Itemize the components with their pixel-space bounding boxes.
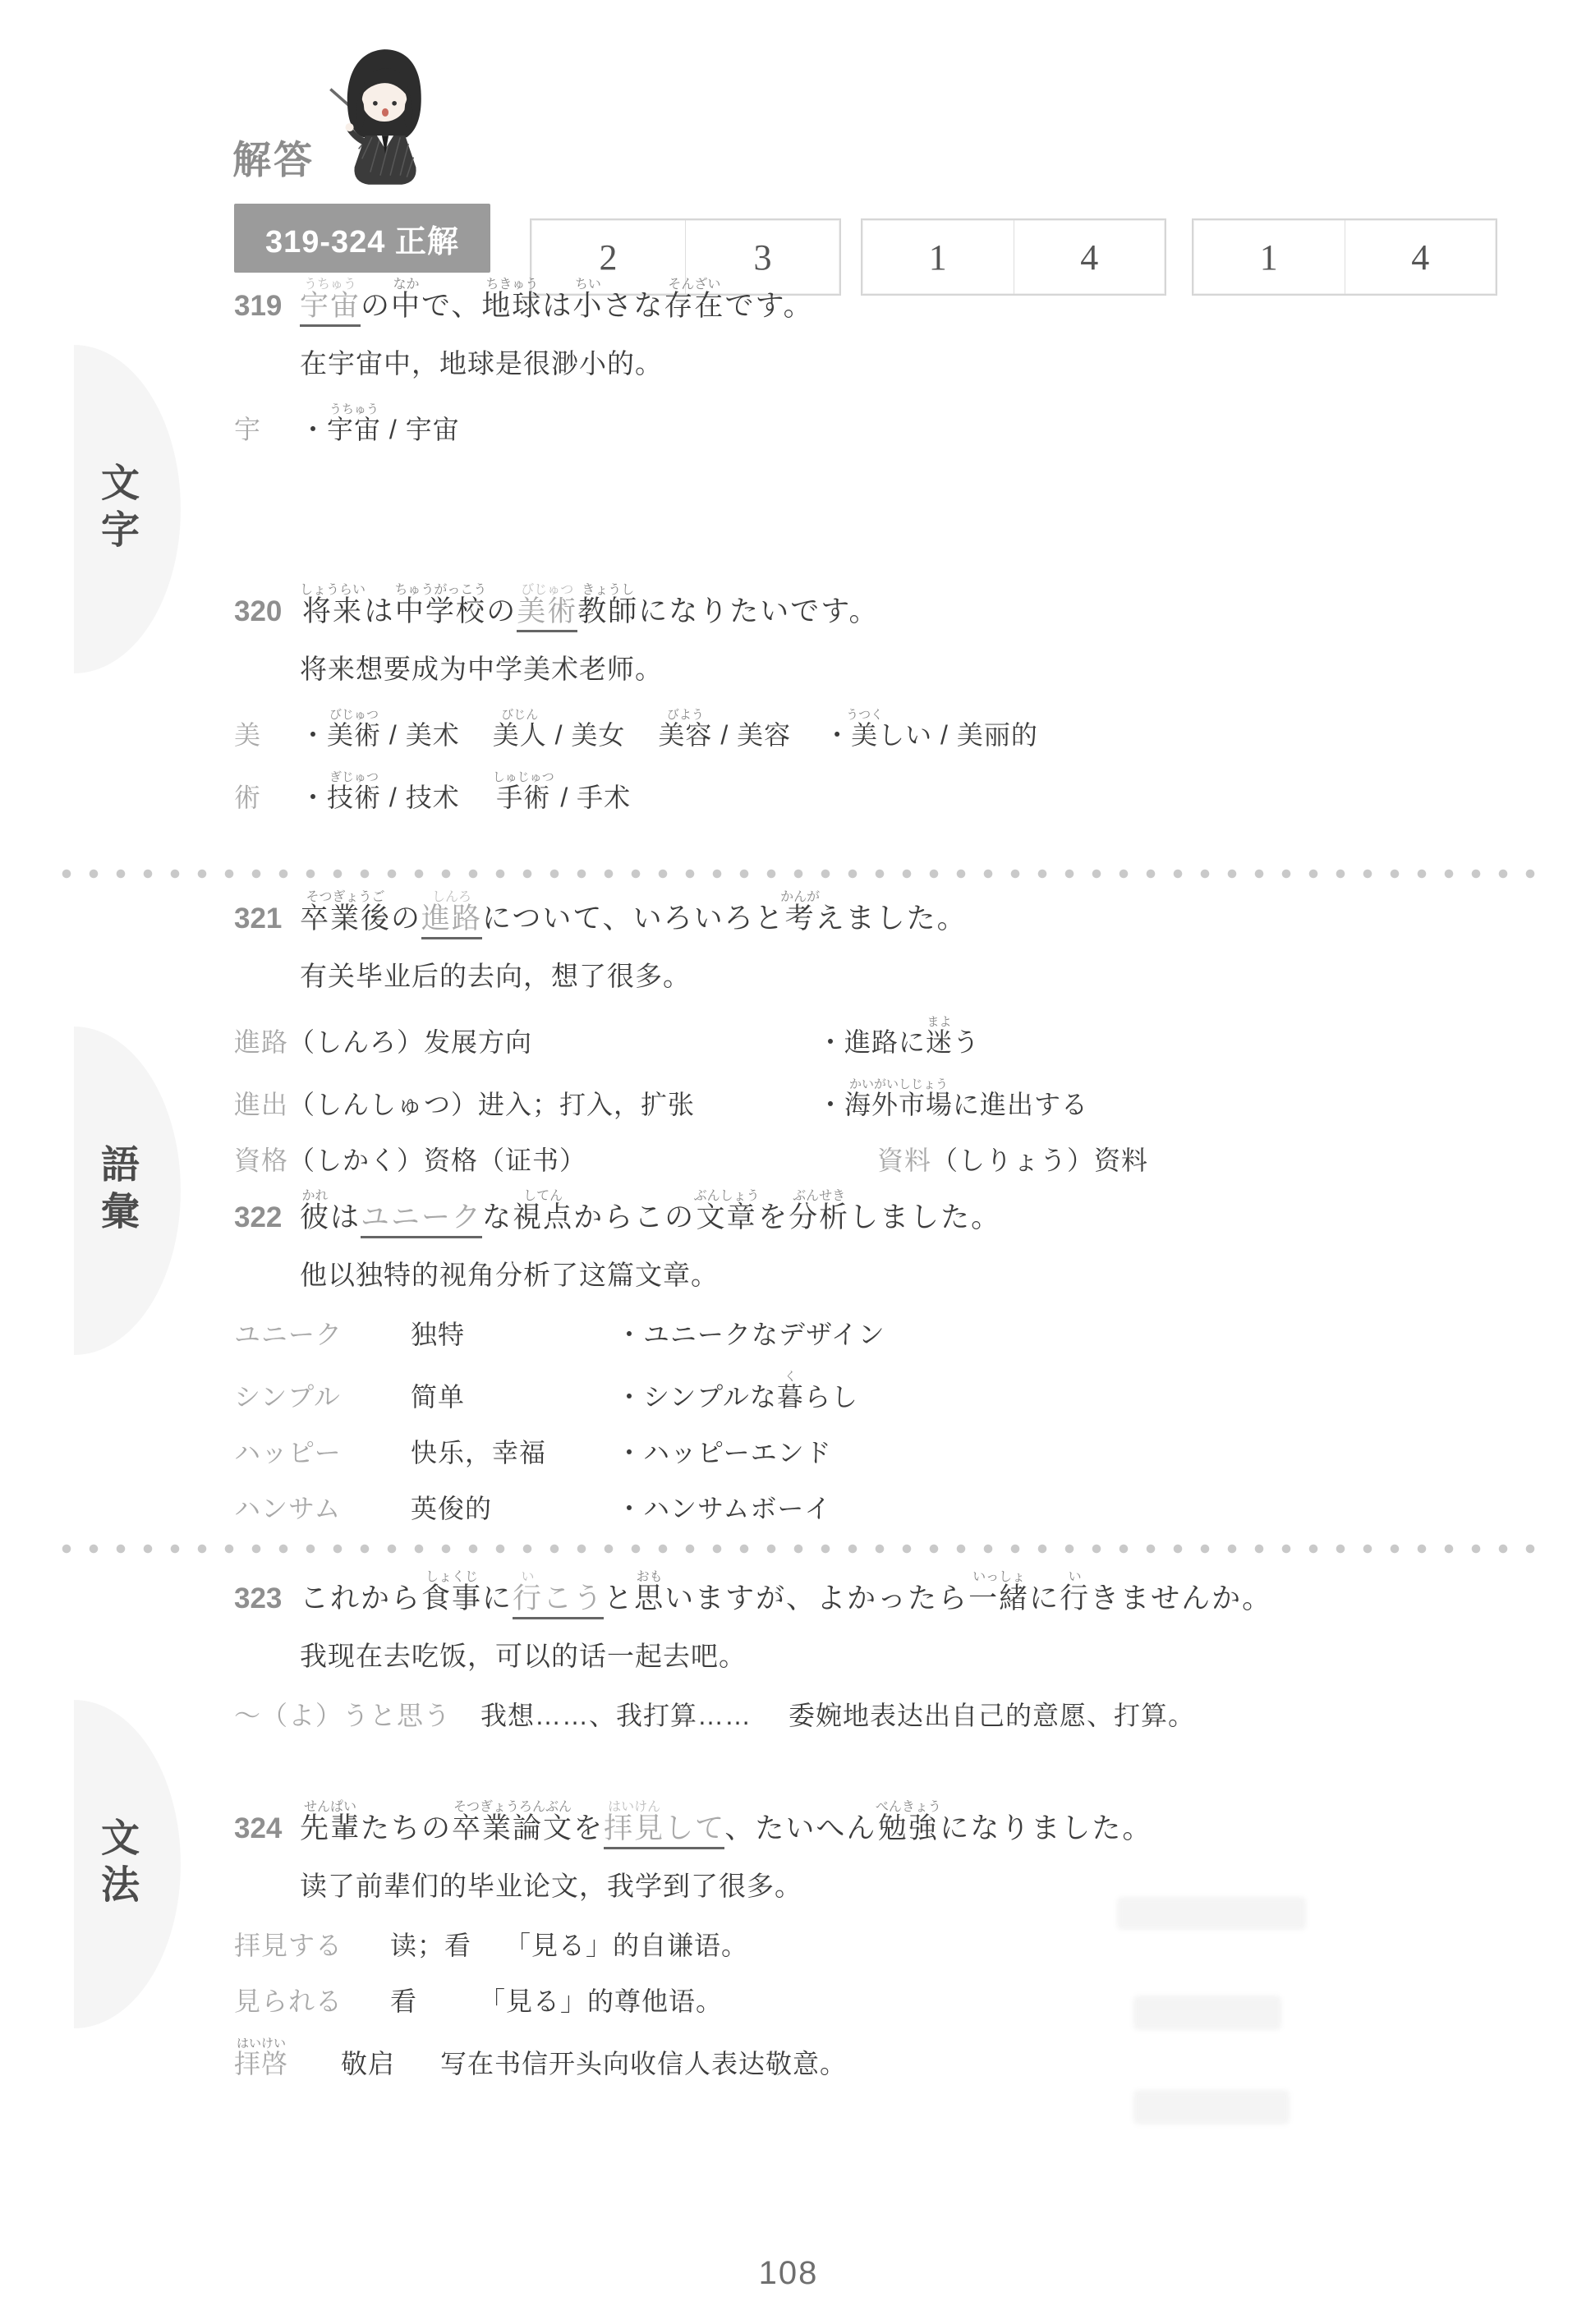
text-segment: 美術びじゅつ <box>327 720 381 750</box>
text-segment: しい / 美丽的 <box>878 720 1038 750</box>
text-segment: 宇宙うちゅう <box>327 415 381 444</box>
vocab-cell: 写在书信开头向收信人表达敬意。 <box>440 2043 847 2081</box>
question-block-319: 319宇宙うちゅうの中なかで、地球ちきゅうは小ちいさな存在そんざいです。在宇宙中… <box>234 278 1532 447</box>
section-label: 解答 <box>232 130 315 185</box>
vocab-row: 術・技術ぎじゅつ / 技术手術しゅじゅつ / 手术 <box>234 770 1532 815</box>
text-segment: の <box>361 290 391 322</box>
text-segment: ハッピー <box>234 1438 342 1467</box>
sidebar-tab-bunpou: 文法 <box>74 1700 181 2028</box>
vocab-cell: 简单 <box>411 1376 616 1414</box>
text-segment: う <box>953 1027 980 1057</box>
tested-word-segment: 宇宙うちゅう <box>300 290 361 327</box>
text-segment: 術 <box>234 783 261 812</box>
text-segment: は <box>330 1201 361 1233</box>
text-segment: （しかく）资格（证书） <box>288 1146 586 1175</box>
text-segment: 拝見する <box>234 1931 343 1960</box>
vocab-cell: 美容びよう / 美容 <box>658 708 791 752</box>
text-segment: 手術しゅじゅつ <box>493 783 553 812</box>
text-segment: ・シンプルな <box>616 1382 777 1412</box>
text-segment: ・ <box>300 720 327 750</box>
text-segment: シンプル <box>234 1382 341 1412</box>
vocab-cell: 進出（しんしゅつ）进入；打入，扩张 <box>234 1084 817 1122</box>
vocab-cell: 独特 <box>411 1314 616 1352</box>
vocab-cell: 見られる <box>234 1981 390 2019</box>
text-segment: を <box>573 1812 604 1844</box>
text-segment: ・進路に <box>817 1027 926 1057</box>
chinese-translation: 在宇宙中，地球是很渺小的。 <box>300 342 1532 381</box>
chinese-translation: 我现在去吃饭，可以的话一起去吧。 <box>300 1635 1532 1674</box>
question-number: 319 <box>234 290 300 323</box>
text-segment: ・ <box>300 783 327 812</box>
text-segment: 資格 <box>234 1146 288 1175</box>
dotted-separator <box>62 869 1544 879</box>
sidebar-tab-bunpou-label: 文法 <box>90 1817 145 1911</box>
text-segment: に <box>1029 1582 1060 1614</box>
text-segment: えました。 <box>816 903 968 935</box>
tested-word-segment: こう <box>543 1582 604 1619</box>
vocab-cell: ・技術ぎじゅつ / 技术 <box>300 770 460 815</box>
chinese-translation: 将来想要成为中学美术老师。 <box>300 648 1532 687</box>
text-segment: になりたいです。 <box>638 595 879 627</box>
text-segment: 海外市場かいがいしじょう <box>844 1090 953 1119</box>
text-segment: 思おも <box>634 1582 664 1614</box>
text-segment: 暮く <box>777 1382 804 1412</box>
vocab-row: ユニーク独特・ユニークなデザイン <box>234 1314 1532 1352</box>
vocab-cell: ・ユニークなデザイン <box>616 1314 885 1352</box>
vocab-cell: ・美術びじゅつ / 美术 <box>300 708 460 752</box>
text-segment: 美容びよう <box>658 720 712 750</box>
text-segment: 快乐，幸福 <box>411 1438 546 1467</box>
text-segment: 食事しょくじ <box>421 1582 482 1614</box>
text-segment: 勉強べんきょう <box>876 1812 940 1844</box>
question-sentence-row: 319宇宙うちゅうの中なかで、地球ちきゅうは小ちいさな存在そんざいです。 <box>234 278 1532 323</box>
vocab-row: ハンサム英俊的・ハンサムボーイ <box>234 1488 1532 1526</box>
text-segment: な <box>482 1201 513 1233</box>
sidebar-tab-goi-label: 語彙 <box>90 1144 145 1238</box>
text-segment: 写在书信开头向收信人表达敬意。 <box>440 2049 847 2078</box>
question-sentence-row: 324先輩せんぱいたちの卒業論文そつぎょうろんぶんを拝見はいけんして、たいへん勉… <box>234 1800 1532 1845</box>
text-segment: / 美女 <box>547 720 626 750</box>
text-segment: 将来しょうらい <box>300 595 365 627</box>
page-bleed-artifact <box>1117 1897 1306 1930</box>
text-segment: 小ちい <box>572 290 603 322</box>
text-segment: について、いろいろと <box>482 903 785 935</box>
text-segment: からこの <box>573 1201 695 1233</box>
vocab-cell: 「見る」的自谦语。 <box>504 1925 748 1963</box>
text-segment: 分析ぶんせき <box>788 1201 849 1233</box>
text-segment: に <box>482 1582 513 1614</box>
vocab-cell: 委婉地表达出自己的意愿、打算。 <box>788 1695 1195 1733</box>
text-segment: （しりょう）资料 <box>931 1146 1148 1175</box>
text-segment: ～（よ）うと思う <box>234 1701 451 1730</box>
vocab-cell: ・シンプルな暮くらし <box>616 1370 858 1414</box>
vocab-cell: ・海外市場かいがいしじょうに進出する <box>817 1077 1088 1122</box>
question-number: 323 <box>234 1582 300 1615</box>
chinese-translation: 他以独特的视角分析了这篇文章。 <box>300 1254 1532 1293</box>
vocab-row: ～（よ）うと思う我想……、我打算……委婉地表达出自己的意愿、打算。 <box>234 1695 1532 1733</box>
vocab-rows: ユニーク独特・ユニークなデザインシンプル简单・シンプルな暮くらしハッピー快乐，幸… <box>234 1314 1532 1526</box>
question-number: 321 <box>234 903 300 935</box>
text-segment: 資料 <box>877 1146 931 1175</box>
vocab-cell: 進路（しんろ）发展方向 <box>234 1022 817 1059</box>
question-block-324: 324先輩せんぱいたちの卒業論文そつぎょうろんぶんを拝見はいけんして、たいへん勉… <box>234 1800 1532 2081</box>
vocab-cell: 拝見する <box>234 1925 390 1963</box>
text-segment: 文章ぶんしょう <box>695 1201 758 1233</box>
vocab-row: シンプル简单・シンプルな暮くらし <box>234 1370 1532 1414</box>
vocab-row: 進路（しんろ）发展方向・進路に迷まよう <box>234 1015 1532 1059</box>
page-number: 108 <box>0 2255 1577 2292</box>
text-segment: 中学校ちゅうがっこう <box>395 595 487 627</box>
text-segment: これから <box>300 1582 421 1614</box>
text-segment: / 美容 <box>712 720 791 750</box>
vocab-rows: 宇・宇宙うちゅう / 宇宙 <box>234 402 1532 447</box>
text-segment: 存在そんざい <box>664 290 724 322</box>
question-number: 322 <box>234 1201 300 1234</box>
question-sentence: 彼かれはユニークな視点してんからこの文章ぶんしょうを分析ぶんせきしました。 <box>300 1189 1001 1234</box>
vocab-cell: 英俊的 <box>411 1488 616 1526</box>
vocab-cell: 手術しゅじゅつ / 手术 <box>493 770 631 815</box>
question-number: 320 <box>234 595 300 628</box>
question-sentence-row: 322彼かれはユニークな視点してんからこの文章ぶんしょうを分析ぶんせきしました。 <box>234 1189 1532 1234</box>
chinese-translation: 读了前辈们的毕业论文，我学到了很多。 <box>300 1865 1532 1904</box>
tested-word-segment: ユニーク <box>361 1201 482 1238</box>
text-segment: は <box>365 595 395 627</box>
vocab-row: 美・美術びじゅつ / 美术美人びじん / 美女美容びよう / 美容・美うつくしい… <box>234 708 1532 752</box>
vocab-cell: 拝啓はいけい <box>234 2037 341 2081</box>
vocab-row: ハッピー快乐，幸福・ハッピーエンド <box>234 1432 1532 1470</box>
text-segment: 技術ぎじゅつ <box>327 783 381 812</box>
vocab-rows: 進路（しんろ）发展方向・進路に迷まよう進出（しんしゅつ）进入；打入，扩张・海外市… <box>234 1015 1532 1178</box>
text-segment: 美 <box>234 720 261 750</box>
vocab-rows: 拝見する读；看「見る」的自谦语。見られる看「見る」的尊他语。拝啓はいけい敬启写在… <box>234 1925 1532 2081</box>
tested-word-segment: 行い <box>513 1582 543 1619</box>
question-block-322: 322彼かれはユニークな視点してんからこの文章ぶんしょうを分析ぶんせきしました。… <box>234 1189 1532 1526</box>
text-segment: / 手术 <box>552 783 631 812</box>
text-segment: ・ユニークなデザイン <box>616 1320 885 1349</box>
vocab-cell: 宇 <box>234 409 300 447</box>
vocab-cell: 資格（しかく）资格（证书） <box>234 1140 817 1178</box>
question-sentence: これから食事しょくじに行いこうと思おもいますが、よかったら一緒いっしょに行いきま… <box>300 1570 1272 1615</box>
text-segment: になりました。 <box>940 1812 1152 1844</box>
text-segment: / 技术 <box>381 783 460 812</box>
text-segment: 敬启 <box>341 2049 395 2078</box>
text-segment: 先輩せんぱい <box>300 1812 361 1844</box>
vocab-cell: ・進路に迷まよう <box>817 1015 980 1059</box>
vocab-cell: ～（よ）うと思う <box>234 1695 480 1733</box>
text-segment: で、 <box>421 290 481 322</box>
text-segment: 一緒いっしょ <box>968 1582 1029 1614</box>
tested-word-segment: 進路しんろ <box>421 903 482 939</box>
text-segment: ハンサム <box>234 1494 341 1523</box>
question-block-320: 320将来しょうらいは中学校ちゅうがっこうの美術びじゅつ教師きょうしになりたいで… <box>234 583 1532 815</box>
text-segment: 見られる <box>234 1986 343 2016</box>
vocab-cell: ・ハッピーエンド <box>616 1432 832 1470</box>
vocab-cell: 美人びじん / 美女 <box>493 708 626 752</box>
text-segment: 美うつく <box>851 720 878 750</box>
text-segment: ・ <box>817 1090 844 1119</box>
text-segment: 美人びじん <box>493 720 547 750</box>
vocab-cell: ・宇宙うちゅう / 宇宙 <box>300 402 460 447</box>
vocab-row: 宇・宇宙うちゅう / 宇宙 <box>234 402 1532 447</box>
text-segment: ・ <box>300 415 327 444</box>
vocab-cell: ハンサム <box>234 1488 411 1526</box>
sidebar-tab-goi: 語彙 <box>74 1027 181 1355</box>
text-segment: 卒業論文そつぎょうろんぶん <box>452 1812 573 1844</box>
text-segment: です。 <box>724 290 813 322</box>
text-segment: きませんか。 <box>1090 1582 1272 1614</box>
text-segment: 英俊的 <box>411 1494 492 1523</box>
vocab-rows: ～（よ）うと思う我想……、我打算……委婉地表达出自己的意愿、打算。 <box>234 1695 1532 1733</box>
vocab-row: 資格（しかく）资格（证书）資料（しりょう）资料 <box>234 1140 1532 1178</box>
text-segment: 行い <box>1060 1582 1090 1614</box>
vocab-rows: 美・美術びじゅつ / 美术美人びじん / 美女美容びよう / 美容・美うつくしい… <box>234 708 1532 815</box>
question-sentence: 卒業後そつぎょうごの進路しんろについて、いろいろと考かんがえました。 <box>300 890 968 935</box>
text-segment: ・ハッピーエンド <box>616 1438 832 1467</box>
vocab-cell: 敬启 <box>341 2043 395 2081</box>
vocab-cell: ・美うつくしい / 美丽的 <box>824 708 1038 752</box>
text-segment: ・ハンサムボーイ <box>616 1494 831 1523</box>
vocab-cell: 資料（しりょう）资料 <box>877 1140 1148 1178</box>
question-block-321: 321卒業後そつぎょうごの進路しんろについて、いろいろと考かんがえました。有关毕… <box>234 890 1532 1178</box>
question-number: 324 <box>234 1812 300 1845</box>
vocab-cell: 「見る」的尊他语。 <box>479 1981 723 2019</box>
text-segment: 教師きょうし <box>577 595 638 627</box>
text-segment: 彼かれ <box>300 1201 330 1233</box>
text-segment: さな <box>603 290 664 322</box>
question-sentence: 将来しょうらいは中学校ちゅうがっこうの美術びじゅつ教師きょうしになりたいです。 <box>300 583 879 628</box>
text-segment: 独特 <box>411 1320 465 1349</box>
vocab-cell: ユニーク <box>234 1314 411 1352</box>
text-segment: と <box>604 1582 634 1614</box>
dotted-separator <box>62 1544 1544 1554</box>
text-segment: の <box>391 903 421 935</box>
vocab-row: 拝啓はいけい敬启写在书信开头向收信人表达敬意。 <box>234 2037 1532 2081</box>
vocab-cell: 读；看 <box>390 1925 471 1963</box>
text-segment: 「見る」的自谦语。 <box>504 1931 748 1960</box>
vocab-row: 進出（しんしゅつ）进入；打入，扩张・海外市場かいがいしじょうに進出する <box>234 1077 1532 1122</box>
text-segment: 迷まよ <box>926 1027 953 1057</box>
text-segment: に進出する <box>953 1090 1088 1119</box>
question-sentence: 先輩せんぱいたちの卒業論文そつぎょうろんぶんを拝見はいけんして、たいへん勉強べん… <box>300 1800 1152 1845</box>
text-segment: ユニーク <box>234 1320 343 1349</box>
text-segment: / 美术 <box>381 720 460 750</box>
text-segment: 考かんが <box>785 903 816 935</box>
vocab-cell: 我想……、我打算…… <box>480 1695 752 1733</box>
text-segment: 視点してん <box>513 1201 573 1233</box>
tested-word-segment: 拝見はいけん <box>604 1812 664 1849</box>
tested-word-segment: 美術びじゅつ <box>517 595 577 632</box>
text-segment: 卒業後そつぎょうご <box>300 903 391 935</box>
text-segment: （しんしゅつ）进入；打入，扩张 <box>288 1090 695 1119</box>
text-segment: らし <box>804 1382 858 1412</box>
text-segment: を <box>758 1201 788 1233</box>
vocab-cell: 術 <box>234 777 300 815</box>
question-sentence-row: 323これから食事しょくじに行いこうと思おもいますが、よかったら一緒いっしょに行… <box>234 1570 1532 1615</box>
question-sentence-row: 320将来しょうらいは中学校ちゅうがっこうの美術びじゅつ教師きょうしになりたいで… <box>234 583 1532 628</box>
vocab-cell: 快乐，幸福 <box>411 1432 616 1470</box>
sidebar-tab-moji: 文字 <box>74 345 181 673</box>
text-segment: 委婉地表达出自己的意愿、打算。 <box>788 1701 1195 1730</box>
answer-range-header: 319-324 正解 <box>234 204 490 273</box>
question-block-323: 323これから食事しょくじに行いこうと思おもいますが、よかったら一緒いっしょに行… <box>234 1570 1532 1733</box>
text-segment: は <box>542 290 572 322</box>
vocab-cell: 看 <box>390 1981 417 2019</box>
question-sentence-row: 321卒業後そつぎょうごの進路しんろについて、いろいろと考かんがえました。 <box>234 890 1532 935</box>
vocab-cell: ハッピー <box>234 1432 411 1470</box>
textbook-page: 文字 語彙 文法 解答 319-324 正解 2 3 1 4 1 4 <box>0 0 1577 2324</box>
page-bleed-artifact <box>1133 2090 1290 2124</box>
text-segment: 读；看 <box>390 1931 471 1960</box>
text-segment: / 宇宙 <box>381 415 460 444</box>
text-segment: 中なか <box>391 290 421 322</box>
text-segment: 「見る」的尊他语。 <box>479 1986 723 2016</box>
chinese-translation: 有关毕业后的去向，想了很多。 <box>300 955 1532 994</box>
text-segment: の <box>486 595 517 627</box>
sidebar-tab-moji-label: 文字 <box>90 462 145 556</box>
text-segment: （しんろ）发展方向 <box>288 1027 532 1057</box>
text-segment: 我想……、我打算…… <box>480 1701 752 1730</box>
text-segment: いますが、よかったら <box>664 1582 968 1614</box>
tested-word-segment: して <box>664 1812 724 1849</box>
vocab-cell: ・ハンサムボーイ <box>616 1488 831 1526</box>
teacher-girl-illustration <box>322 43 447 200</box>
text-segment: しました。 <box>849 1201 1001 1233</box>
text-segment: たちの <box>361 1812 452 1844</box>
text-segment: 進出 <box>234 1090 288 1119</box>
question-sentence: 宇宙うちゅうの中なかで、地球ちきゅうは小ちいさな存在そんざいです。 <box>300 278 814 323</box>
text-segment: 進路 <box>234 1027 288 1057</box>
page-bleed-artifact <box>1133 1996 1281 2030</box>
text-segment: 看 <box>390 1986 417 2016</box>
vocab-cell: 美 <box>234 714 300 752</box>
text-segment: 拝啓はいけい <box>234 2049 288 2078</box>
text-segment: 、たいへん <box>724 1812 876 1844</box>
vocab-row: 見られる看「見る」的尊他语。 <box>234 1981 1532 2019</box>
text-segment: 简单 <box>411 1382 465 1412</box>
vocab-cell: シンプル <box>234 1376 411 1414</box>
text-segment: 地球ちきゅう <box>481 290 542 322</box>
text-segment: 宇 <box>234 415 261 444</box>
vocab-row: 拝見する读；看「見る」的自谦语。 <box>234 1925 1532 1963</box>
